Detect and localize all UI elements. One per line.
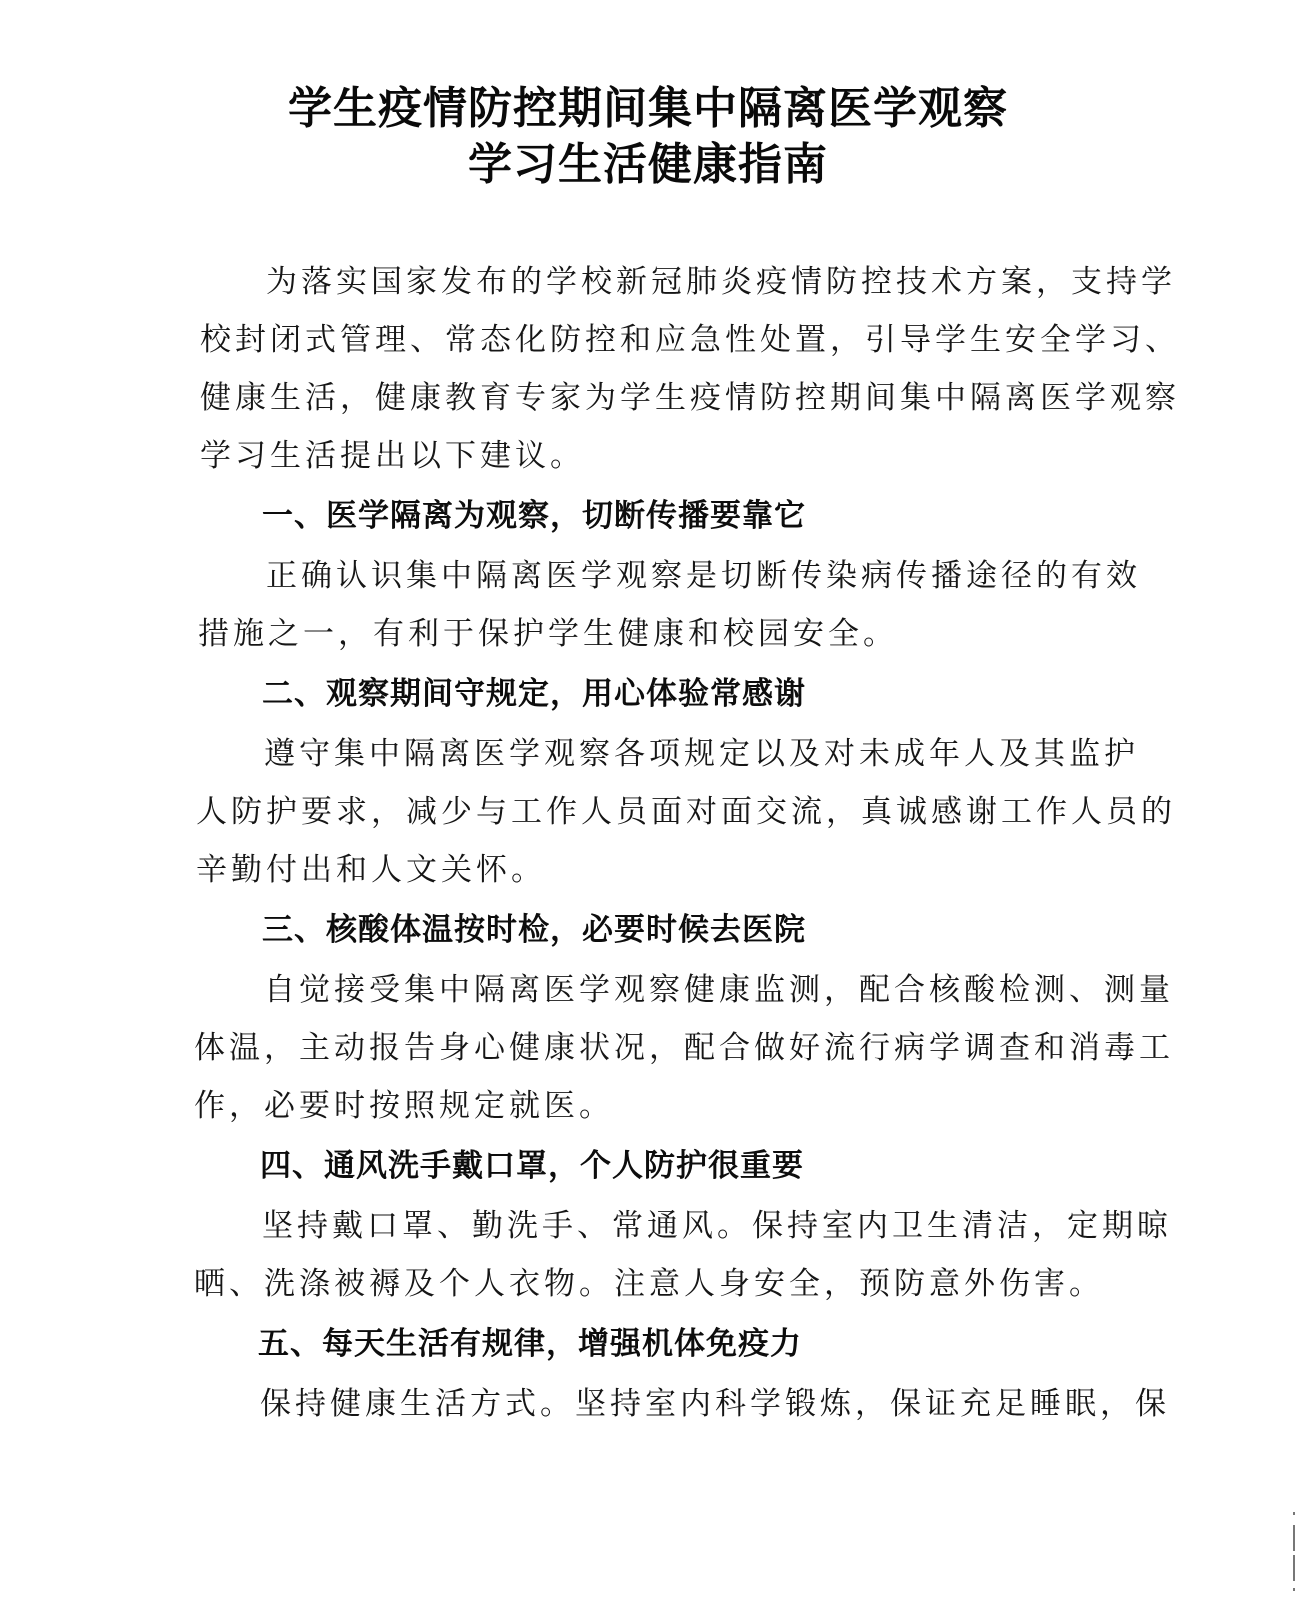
- scan-edge-mark: [1293, 1525, 1295, 1551]
- section-heading-5: 五、每天生活有规律，增强机体免疫力: [258, 1318, 802, 1363]
- section-1-line: 正确认识集中隔离医学观察是切断传染病传播途径的有效: [266, 550, 1141, 595]
- intro-line: 学习生活提出以下建议。: [200, 430, 585, 475]
- intro-line: 校封闭式管理、常态化防控和应急性处置，引导学生安全学习、: [200, 314, 1180, 359]
- section-heading-2: 二、观察期间守规定，用心体验常感谢: [262, 668, 806, 713]
- section-heading-3: 三、核酸体温按时检，必要时候去医院: [262, 904, 806, 949]
- section-4-line: 坚持戴口罩、勤洗手、常通风。保持室内卫生清洁，定期晾: [262, 1200, 1172, 1245]
- section-heading-1: 一、医学隔离为观察，切断传播要靠它: [262, 490, 806, 535]
- intro-line: 为落实国家发布的学校新冠肺炎疫情防控技术方案，支持学: [266, 256, 1176, 301]
- section-3-line: 作，必要时按照规定就医。: [194, 1080, 614, 1125]
- scan-edge-mark: [1293, 1512, 1295, 1515]
- section-2-line: 辛勤付出和人文关怀。: [196, 844, 546, 889]
- section-heading-4: 四、通风洗手戴口罩，个人防护很重要: [260, 1140, 804, 1185]
- section-3-line: 自觉接受集中隔离医学观察健康监测，配合核酸检测、测量: [264, 964, 1174, 1009]
- section-2-line: 人防护要求，减少与工作人员面对面交流，真诚感谢工作人员的: [196, 786, 1176, 831]
- scan-edge-mark: [1293, 1555, 1295, 1581]
- intro-line: 健康生活，健康教育专家为学生疫情防控期间集中隔离医学观察: [200, 372, 1180, 417]
- section-3-line: 体温，主动报告身心健康状况，配合做好流行病学调查和消毒工: [194, 1022, 1174, 1067]
- document-page: 学生疫情防控期间集中隔离医学观察 学习生活健康指南 为落实国家发布的学校新冠肺炎…: [0, 0, 1296, 1600]
- section-2-line: 遵守集中隔离医学观察各项规定以及对未成年人及其监护: [264, 728, 1139, 773]
- document-title-line-1: 学生疫情防控期间集中隔离医学观察: [0, 72, 1296, 136]
- section-5-line: 保持健康生活方式。坚持室内科学锻炼，保证充足睡眠，保: [260, 1378, 1170, 1423]
- section-1-line: 措施之一，有利于保护学生健康和校园安全。: [198, 608, 898, 653]
- section-4-line: 晒、洗涤被褥及个人衣物。注意人身安全，预防意外伤害。: [194, 1258, 1104, 1303]
- document-title-line-2: 学习生活健康指南: [0, 128, 1296, 192]
- scan-edge-mark: [1293, 1588, 1295, 1591]
